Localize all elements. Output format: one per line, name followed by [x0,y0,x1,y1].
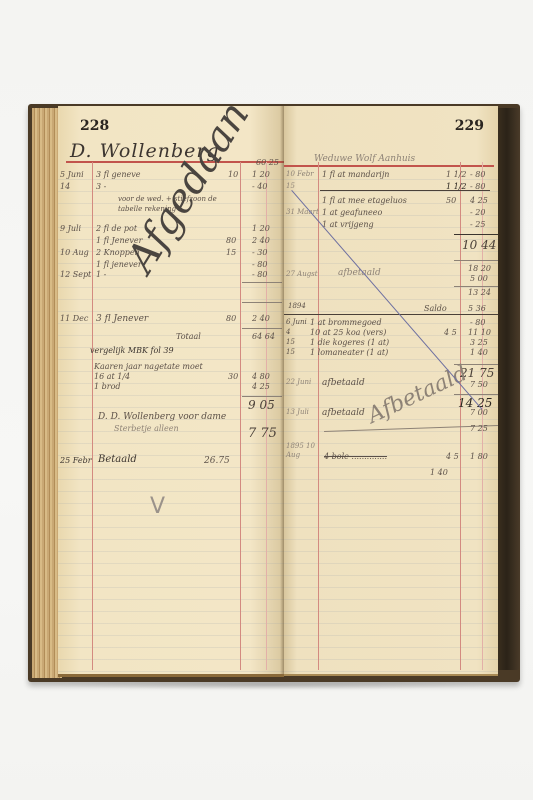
entry-date: 22 Juni [286,378,311,386]
entry-rate: 15 [226,248,236,257]
strike-line [320,190,490,191]
entry-description: 16 at 1/4 [94,372,130,381]
entry-date: 15 [286,338,295,346]
entry-amount: 4 25 [252,382,270,391]
entry-rate: 30 [228,372,238,381]
subtotal-line [454,234,498,235]
total-amount: 64 64 [252,332,275,341]
payment-amount: 26.75 [204,456,230,466]
entry-description: Kaaren jaar nagetate moet [94,362,203,371]
entry-amount: 4 25 [470,196,488,205]
entry-description: 3 fl geneve [96,170,141,179]
entry-description: 3 fl Jenever [96,314,148,324]
entry-amount: - 40 [252,182,267,191]
entry-description: 10 at 25 koa (vers) [310,328,386,337]
entry-amount: 1 20 [252,170,270,179]
page-number-left: 228 [80,118,109,134]
subtotal-amount: 7 75 [248,426,277,441]
entry-description: 1 at vrijgeng [322,220,374,229]
entry-date: 14 [60,182,70,191]
entry-description: 1 brod [94,382,121,391]
entry-date: 27 Augst [286,270,318,278]
entry-date: 15 [286,182,295,190]
entry-date: 1895 10 Aug [286,442,316,460]
entry-amount: - 80 [470,318,485,327]
entry-description: 1 at geafuneeo [322,208,382,217]
entry-date: 6 Juni [286,318,307,326]
entry-description: afbetaald [322,378,365,388]
entry-date: 10 Aug [60,248,89,257]
payment-date: 25 Febr [60,456,92,465]
left-page: 228 D. Wollenberg 60 25 5 Juni 3 fl gene… [58,106,284,677]
entry-amount: 18 20 [468,264,491,273]
ledger-book: 228 D. Wollenberg 60 25 5 Juni 3 fl gene… [28,100,520,682]
entry-rate: 4 5 [444,328,457,337]
subtotal-line [454,394,498,395]
header-amount: 60 25 [256,158,279,167]
entry-amount: 2 40 [252,236,270,245]
entry-rate: 80 [226,236,236,245]
entry-description: D. D. Wollenberg voor dame [98,412,226,422]
entry-description: 1 fl at mandarijn [322,170,389,179]
entry-date: 4 [286,328,290,336]
subtotal-line [454,286,498,287]
subtotal-line [242,282,282,283]
amount-column-rule [460,162,461,670]
entry-rate: 10 [228,170,238,179]
entry-amount: 7 25 [470,424,488,433]
entry-amount: 11 10 [468,328,491,337]
entry-description: 1 fl at mee etageluos [322,196,407,205]
reference-note: vergelijk MBK fol 39 [90,346,174,355]
entry-date: 15 [286,348,295,356]
entry-description: 1 at brommegoed [310,318,382,327]
date-column-rule [92,162,93,670]
check-mark: V [150,494,165,519]
entry-description: 1 - [96,270,106,279]
entry-rate: 80 [226,314,236,323]
entry-date: 10 Febr [286,170,314,178]
entry-amount: 7 50 [470,380,488,389]
entry-amount: - 80 [252,270,267,279]
page-number-right: 229 [455,118,484,134]
entry-description: 4 bole .............. [324,452,387,461]
account-name-right: Weduwe Wolf Aanhuis [314,154,415,164]
entry-amount: 5 00 [470,274,488,283]
entry-amount: - 25 [470,220,485,229]
entry-amount: 7 00 [470,408,488,417]
entry-rate: 50 [446,196,456,205]
entry-amount: 4 80 [252,372,270,381]
entry-rate: 1 1/2 [446,170,467,179]
entry-amount: - 80 [252,260,267,269]
year-divider [284,314,498,315]
entry-date: 13 Juli [286,408,309,416]
entry-rate: 4 5 [446,452,459,461]
subtotal-line [454,260,498,261]
entry-description: 2 fl de pot [96,224,137,233]
entry-rate: 1 40 [430,468,448,477]
date-column-rule [318,162,319,670]
subtotal-line [242,302,282,303]
total-label: Totaal [176,332,201,341]
header-rule [284,165,494,167]
entry-amount: 1 80 [470,452,488,461]
entry-date: 9 Juli [60,224,81,233]
entry-amount: 13 24 [468,288,491,297]
entry-amount: - 80 [470,170,485,179]
subtotal-line [242,328,282,329]
entry-description: afbetaald [322,408,365,418]
entry-amount: 1 40 [470,348,488,357]
entry-description: 3 - [96,182,106,191]
right-page: 229 Weduwe Wolf Aanhuis 10 Febr 1 fl at … [284,106,498,676]
subtotal-amount: 10 44 [462,238,496,252]
subtotal-amount: 9 05 [248,398,275,412]
saldo-amount: 5 36 [468,304,486,313]
entry-amount: 1 20 [252,224,270,233]
year-label: 1894 [288,302,306,310]
entry-amount: - 30 [252,248,267,257]
entry-amount: 3 25 [470,338,488,347]
entry-date: 12 Sept [60,270,91,279]
entry-description: Sterbetje alleen [114,424,179,433]
entry-amount: - 20 [470,208,485,217]
entry-date: 5 Juni [60,170,84,179]
payment-label: Betaald [98,454,137,465]
entry-amount: 2 40 [252,314,270,323]
entry-description: 1 die kogeres (1 at) [310,338,389,347]
subtotal-line [242,396,282,397]
book-spine-edge [498,108,520,670]
saldo-label: Saldo [424,304,447,313]
entry-date: 11 Dec [60,314,88,323]
amount-column-rule [240,162,241,670]
entry-description: 1 lomaneater (1 at) [310,348,388,357]
